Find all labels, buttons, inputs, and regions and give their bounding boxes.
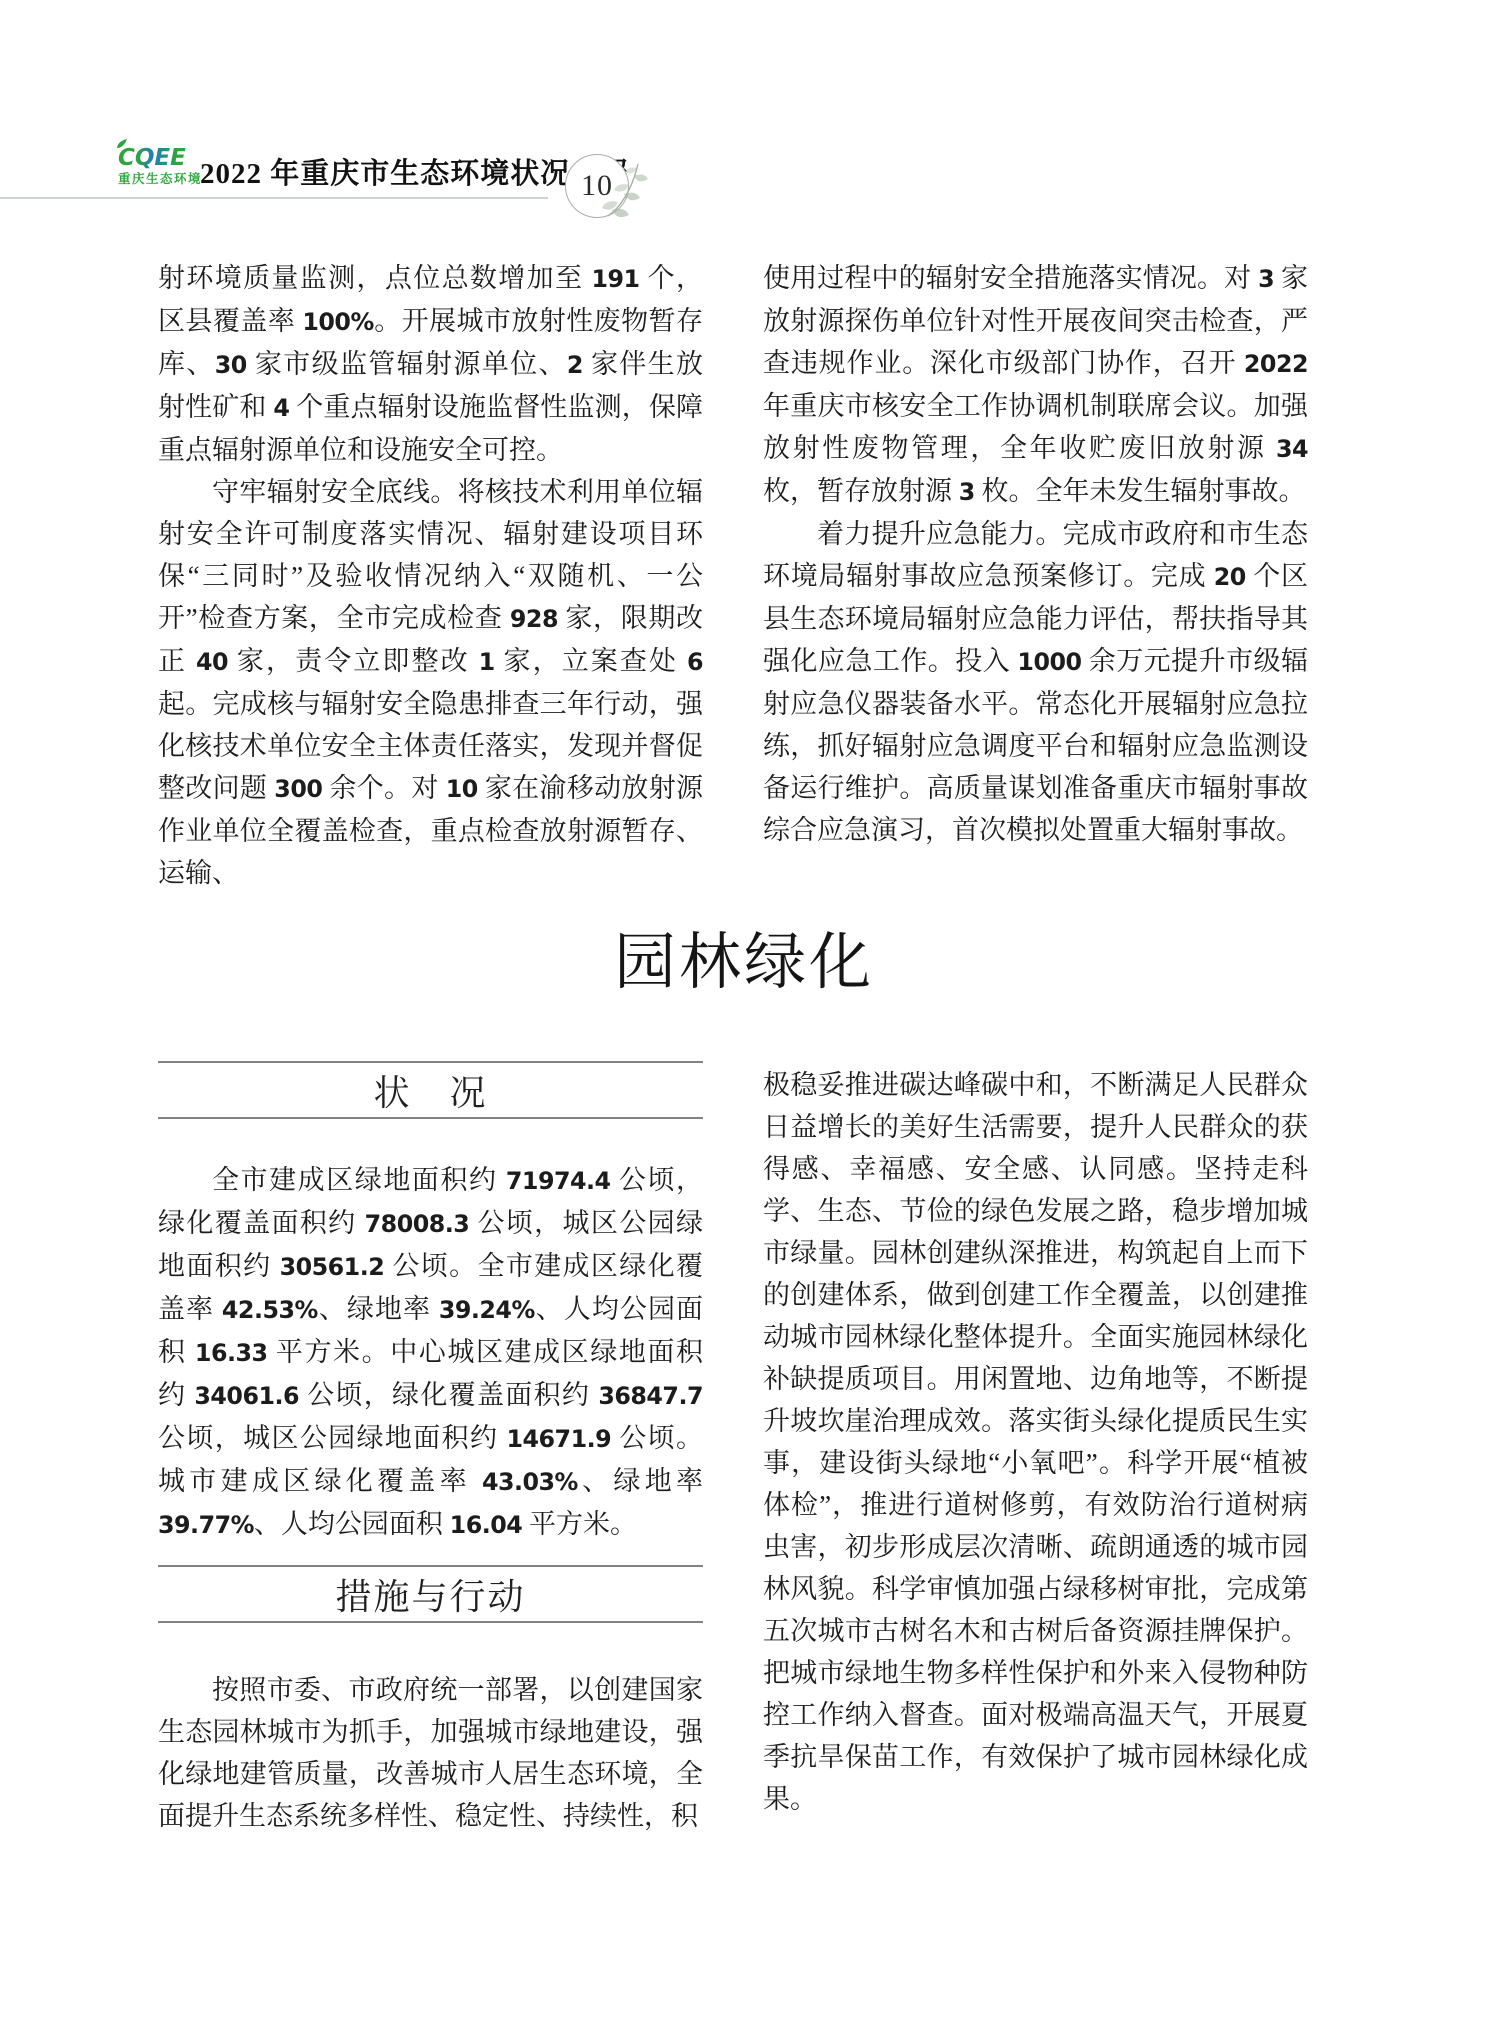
radiation-paragraph-safety-bottomline: 守牢辐射安全底线。将核技术利用单位辐射安全许可制度落实情况、辐射建设项目环保“三… [158, 471, 703, 894]
logo-acronym: CQEE [118, 147, 186, 170]
logo-subtitle: 重庆生态环境 [118, 173, 202, 186]
measures-heading-label: 措施与行动 [335, 1569, 525, 1620]
radiation-right-column: 使用过程中的辐射安全措施落实情况。对 3 家放射源探伤单位针对性开展夜间突击检查… [763, 257, 1308, 851]
subsection-heading-measures: 措施与行动 [158, 1565, 703, 1623]
greening-right-column: 极稳妥推进碳达峰碳中和，不断满足人民群众日益增长的美好生活需要，提升人民群众的获… [763, 1064, 1308, 1820]
status-left-column: 全市建成区绿地面积约 71974.4 公顷，绿化覆盖面积约 78008.3 公顷… [158, 1159, 703, 1546]
document-page: CQEE 重庆生态环境 2022 年重庆市生态环境状况公报 10 射环境质量监测… [0, 0, 1488, 2019]
measures-paragraph-left: 按照市委、市政府统一部署，以创建国家生态园林城市为抓手，加强城市绿地建设，强化绿… [158, 1669, 703, 1837]
radiation-paragraph-emergency: 着力提升应急能力。完成市政府和市生态环境局辐射事故应急预案修订。完成 20 个区… [763, 513, 1308, 851]
subsection-heading-status: 状 况 [158, 1061, 703, 1119]
leaf-icon [115, 138, 129, 150]
measures-paragraph-right: 极稳妥推进碳达峰碳中和，不断满足人民群众日益增长的美好生活需要，提升人民群众的获… [763, 1064, 1308, 1820]
header-divider [0, 197, 548, 199]
status-paragraph: 全市建成区绿地面积约 71974.4 公顷，绿化覆盖面积约 78008.3 公顷… [158, 1159, 703, 1546]
radiation-paragraph-continued: 射环境质量监测，点位总数增加至 191 个，区县覆盖率 100%。开展城市放射性… [158, 257, 703, 471]
section-title-greening: 园林绿化 [0, 912, 1488, 1001]
radiation-paragraph-usage: 使用过程中的辐射安全措施落实情况。对 3 家放射源探伤单位针对性开展夜间突击检查… [763, 257, 1308, 513]
measures-left-column: 按照市委、市政府统一部署，以创建国家生态园林城市为抓手，加强城市绿地建设，强化绿… [158, 1669, 703, 1837]
logo-wordmark: CQEE [118, 147, 202, 170]
leaf-sprig-decoration [598, 158, 650, 220]
status-heading-label: 状 况 [373, 1065, 487, 1116]
cqee-logo: CQEE 重庆生态环境 [118, 147, 202, 186]
radiation-left-column: 射环境质量监测，点位总数增加至 191 个，区县覆盖率 100%。开展城市放射性… [158, 257, 703, 894]
